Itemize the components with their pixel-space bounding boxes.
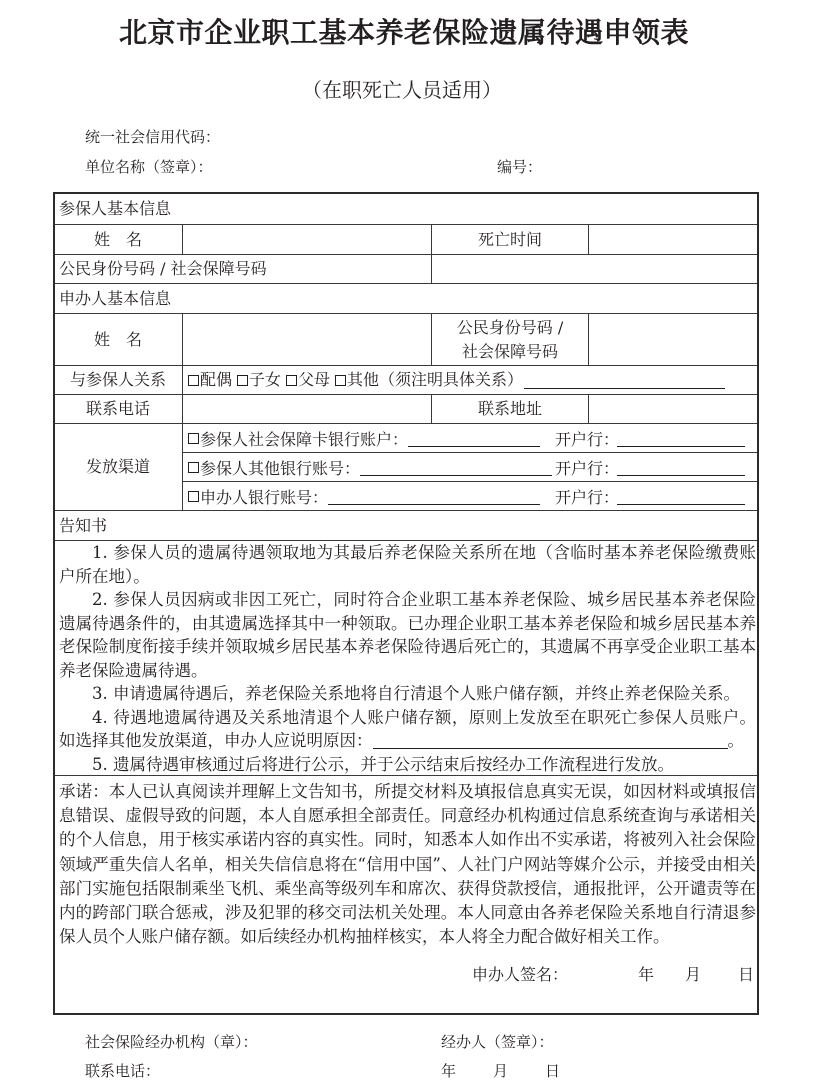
account-number-field[interactable] bbox=[408, 429, 540, 447]
checkbox-parent[interactable] bbox=[286, 375, 297, 386]
relation-option-label: 子女 bbox=[249, 370, 281, 390]
applicant-id-field[interactable] bbox=[588, 313, 759, 366]
payment-option-insured-other-bank: 参保人其他银行账号： 开户行： bbox=[182, 452, 759, 482]
commitment-section: 承诺：本人已认真阅读并理解上文告知书，所提交材料及填报信息真实无误，如因材料或填… bbox=[53, 775, 759, 1015]
signature-day-label: 日 bbox=[738, 965, 754, 985]
death-time-label: 死亡时间 bbox=[431, 224, 589, 255]
relation-options-cell: 配偶 子女 父母 其他（须注明具体关系） bbox=[182, 365, 759, 395]
insured-id-label: 公民身份号码 / 社会保障号码 bbox=[53, 254, 432, 284]
address-field[interactable] bbox=[588, 394, 759, 424]
relation-other-field[interactable] bbox=[524, 371, 725, 389]
applicant-section-title: 申办人基本信息 bbox=[53, 283, 759, 314]
account-number-field[interactable] bbox=[360, 458, 552, 476]
notice-item: 4. 待遇地遗属待遇及关系地清退个人账户储存额，原则上发放至在职死亡参保人员账户… bbox=[59, 706, 756, 753]
insured-name-label: 姓 名 bbox=[53, 224, 183, 255]
checkbox-payment-insured-other-bank[interactable] bbox=[188, 462, 199, 473]
relation-option-label: 配偶 bbox=[200, 370, 232, 390]
serial-no-label: 编号： bbox=[497, 158, 542, 176]
application-form-table: 参保人基本信息 姓 名 死亡时间 公民身份号码 / 社会保障号码 申办人基本信息… bbox=[53, 192, 759, 1015]
credit-code-label: 统一社会信用代码： bbox=[85, 128, 220, 146]
applicant-name-label: 姓 名 bbox=[53, 313, 183, 366]
payment-channel-label: 发放渠道 bbox=[53, 423, 183, 511]
form-subtitle: （在职死亡人员适用） bbox=[0, 79, 804, 101]
relation-option-spouse[interactable]: 配偶 bbox=[188, 370, 232, 390]
applicant-id-label: 公民身份号码 / 社会保障号码 bbox=[431, 313, 589, 366]
insured-name-field[interactable] bbox=[182, 224, 432, 255]
notice-item-text-after: 。 bbox=[728, 731, 745, 750]
death-time-field[interactable] bbox=[588, 224, 759, 255]
serial-no-field[interactable] bbox=[542, 158, 742, 176]
notice-item: 5. 遗属待遇审核通过后将进行公示，并于公示结束后按经办工作流程进行发放。 bbox=[59, 753, 756, 777]
checkbox-spouse[interactable] bbox=[188, 375, 199, 386]
unit-name-label: 单位名称（签章）： bbox=[85, 158, 213, 176]
checkbox-other[interactable] bbox=[335, 375, 346, 386]
applicant-name-field[interactable] bbox=[182, 313, 432, 366]
relation-option-parent[interactable]: 父母 bbox=[286, 370, 330, 390]
insured-section-title: 参保人基本信息 bbox=[53, 192, 759, 225]
notice-item: 1. 参保人员的遗属待遇领取地为其最后养老保险关系所在地（含临时基本养老保险缴费… bbox=[59, 541, 756, 588]
relation-option-label: 其他（须注明具体关系） bbox=[347, 370, 523, 390]
payment-option-label: 申办人银行账号： bbox=[200, 485, 328, 508]
other-channel-reason-field[interactable] bbox=[373, 731, 728, 749]
agency-seal-label: 社会保险经办机构（章）： bbox=[85, 1033, 258, 1051]
insured-id-field[interactable] bbox=[431, 254, 759, 284]
notice-item: 3. 申请遗属待遇后，养老保险关系地将自行清退个人账户储存额，并终止养老保险关系… bbox=[59, 682, 756, 706]
payment-option-label: 参保人其他银行账号： bbox=[200, 456, 360, 479]
footer-day-label: 日 bbox=[545, 1062, 560, 1080]
footer-year-label: 年 bbox=[441, 1062, 456, 1080]
bank-name-field[interactable] bbox=[617, 458, 745, 476]
bank-label: 开户行： bbox=[555, 427, 619, 450]
payment-option-social-security-card: 参保人社会保障卡银行账户： 开户行： bbox=[182, 423, 759, 453]
signature-year-label: 年 bbox=[638, 965, 654, 985]
notice-body: 1. 参保人员的遗属待遇领取地为其最后养老保险关系所在地（含临时基本养老保险缴费… bbox=[53, 540, 759, 776]
bank-name-field[interactable] bbox=[617, 429, 745, 447]
applicant-id-label-line2: 社会保障号码 bbox=[462, 340, 558, 364]
checkbox-child[interactable] bbox=[237, 375, 248, 386]
address-label: 联系地址 bbox=[431, 394, 589, 424]
phone-label: 联系电话 bbox=[53, 394, 183, 424]
payment-option-applicant-bank: 申办人银行账号： 开户行： bbox=[182, 481, 759, 511]
account-number-field[interactable] bbox=[328, 487, 540, 505]
agency-phone-label: 联系电话： bbox=[85, 1062, 160, 1080]
notice-title: 告知书 bbox=[53, 510, 759, 541]
phone-field[interactable] bbox=[182, 394, 432, 424]
payment-option-label: 参保人社会保障卡银行账户： bbox=[200, 427, 408, 450]
relation-option-label: 父母 bbox=[298, 370, 330, 390]
applicant-id-label-line1: 公民身份号码 / bbox=[457, 316, 563, 340]
unit-name-field[interactable] bbox=[220, 158, 480, 176]
handler-signature-label: 经办人（签章）： bbox=[441, 1033, 554, 1051]
relation-label: 与参保人关系 bbox=[53, 365, 183, 395]
credit-code-field[interactable] bbox=[220, 128, 480, 146]
commitment-text: 承诺：本人已认真阅读并理解上文告知书，所提交材料及填报信息真实无误，如因材料或填… bbox=[59, 780, 756, 949]
relation-option-child[interactable]: 子女 bbox=[237, 370, 281, 390]
checkbox-payment-social-security-card[interactable] bbox=[188, 433, 199, 444]
relation-option-other[interactable]: 其他（须注明具体关系） bbox=[335, 370, 523, 390]
footer-month-label: 月 bbox=[493, 1062, 508, 1080]
checkbox-payment-applicant-bank[interactable] bbox=[188, 491, 199, 502]
bank-label: 开户行： bbox=[555, 456, 619, 479]
signature-month-label: 月 bbox=[685, 965, 701, 985]
bank-name-field[interactable] bbox=[617, 487, 745, 505]
bank-label: 开户行： bbox=[555, 485, 619, 508]
applicant-signature-label: 申办人签名： bbox=[472, 965, 568, 985]
notice-item: 2. 参保人员因病或非因工死亡，同时符合企业职工基本养老保险、城乡居民基本养老保… bbox=[59, 588, 756, 682]
form-title: 北京市企业职工基本养老保险遗属待遇申领表 bbox=[0, 18, 808, 48]
applicant-signature-field[interactable] bbox=[562, 965, 632, 985]
